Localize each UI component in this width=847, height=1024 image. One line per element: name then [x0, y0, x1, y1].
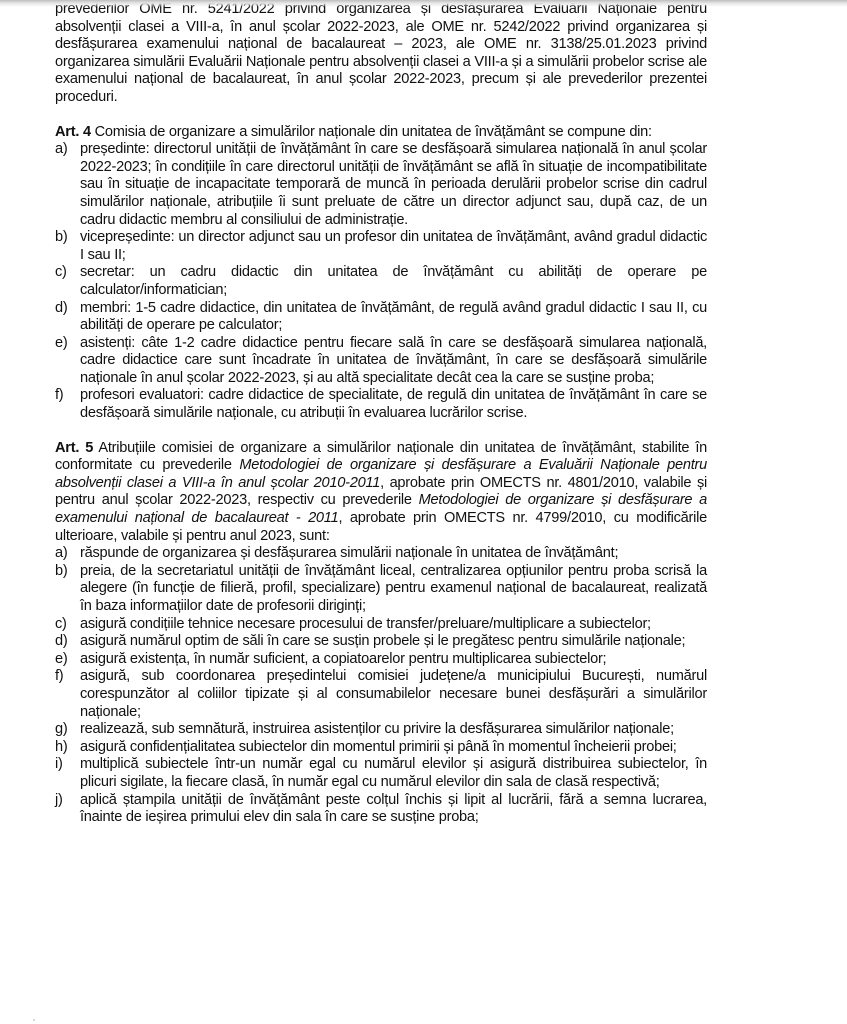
list-item-text: realizează, sub semnătură, instruirea as… — [80, 721, 707, 739]
list-marker: a) — [55, 141, 79, 159]
article-5: Art. 5 Atribuțiile comisiei de organizar… — [55, 440, 707, 827]
article-4-list: a)președinte: directorul unității de înv… — [55, 141, 707, 423]
scan-top-shadow — [0, 0, 847, 7]
list-item: j)aplică ștampila unității de învățământ… — [55, 792, 707, 827]
list-item: b)vicepreședinte: un director adjunct sa… — [55, 229, 707, 264]
article-4-intro: Art. 4 Comisia de organizare a simulăril… — [55, 124, 707, 142]
list-marker: j) — [55, 792, 79, 810]
list-item: c)asigură condițiile tehnice necesare pr… — [55, 616, 707, 634]
list-marker: g) — [55, 721, 79, 739]
list-item-text: asigură confidențialitatea subiectelor d… — [80, 739, 707, 757]
list-marker: a) — [55, 545, 79, 563]
list-marker: f) — [55, 387, 79, 405]
list-marker: b) — [55, 563, 79, 581]
list-marker: e) — [55, 651, 79, 669]
list-item: a)președinte: directorul unității de înv… — [55, 141, 707, 229]
list-marker: f) — [55, 668, 79, 686]
list-item: i)multiplică subiectele într-un număr eg… — [55, 756, 707, 791]
list-item: g)realizează, sub semnătură, instruirea … — [55, 721, 707, 739]
list-item-text: secretar: un cadru didactic din unitatea… — [80, 264, 707, 299]
list-item: d)membri: 1-5 cadre didactice, din unita… — [55, 300, 707, 335]
list-item-text: asigură condițiile tehnice necesare proc… — [80, 616, 707, 634]
list-marker: e) — [55, 335, 79, 353]
list-item-text: asigură existența, în număr suficient, a… — [80, 651, 707, 669]
document-page: prevederilor OME nr. 5241/2022 privind o… — [55, 1, 707, 827]
list-item-text: profesori evaluatori: cadre didactice de… — [80, 387, 707, 422]
article-5-intro: Art. 5 Atribuțiile comisiei de organizar… — [55, 440, 707, 546]
list-item-text: multiplică subiectele într-un număr egal… — [80, 756, 707, 791]
list-item: b)preia, de la secretariatul unității de… — [55, 563, 707, 616]
list-item-text: răspunde de organizarea și desfășurarea … — [80, 545, 707, 563]
list-item-text: asigură, sub coordonarea președintelui c… — [80, 668, 707, 721]
list-marker: c) — [55, 616, 79, 634]
list-marker: i) — [55, 756, 79, 774]
list-item-text: asistenți: câte 1-2 cadre didactice pent… — [80, 335, 707, 388]
article-4-label: Art. 4 — [55, 124, 91, 140]
list-item: d)asigură numărul optim de săli în care … — [55, 633, 707, 651]
list-item-text: aplică ștampila unității de învățământ p… — [80, 792, 707, 827]
intro-paragraph: prevederilor OME nr. 5241/2022 privind o… — [55, 1, 707, 107]
list-item: f)profesori evaluatori: cadre didactice … — [55, 387, 707, 422]
list-item-text: preia, de la secretariatul unității de î… — [80, 563, 707, 616]
list-marker: d) — [55, 633, 79, 651]
list-item-text: vicepreședinte: un director adjunct sau … — [80, 229, 707, 264]
list-marker: c) — [55, 264, 79, 282]
scan-artifact-dot — [33, 1019, 35, 1021]
article-5-label: Art. 5 — [55, 440, 93, 456]
list-item: f)asigură, sub coordonarea președintelui… — [55, 668, 707, 721]
article-4: Art. 4 Comisia de organizare a simulăril… — [55, 124, 707, 423]
list-item: a)răspunde de organizarea și desfășurare… — [55, 545, 707, 563]
list-item-text: președinte: directorul unității de învăț… — [80, 141, 707, 229]
list-item: e)asigură existența, în număr suficient,… — [55, 651, 707, 669]
list-item-text: asigură numărul optim de săli în care se… — [80, 633, 707, 651]
list-item: c)secretar: un cadru didactic din unitat… — [55, 264, 707, 299]
list-item: h)asigură confidențialitatea subiectelor… — [55, 739, 707, 757]
article-4-text: Comisia de organizare a simulărilor nați… — [95, 124, 652, 140]
list-item-text: membri: 1-5 cadre didactice, din unitate… — [80, 300, 707, 335]
list-marker: b) — [55, 229, 79, 247]
list-marker: d) — [55, 300, 79, 318]
list-item: e)asistenți: câte 1-2 cadre didactice pe… — [55, 335, 707, 388]
list-marker: h) — [55, 739, 79, 757]
article-5-list: a)răspunde de organizarea și desfășurare… — [55, 545, 707, 827]
